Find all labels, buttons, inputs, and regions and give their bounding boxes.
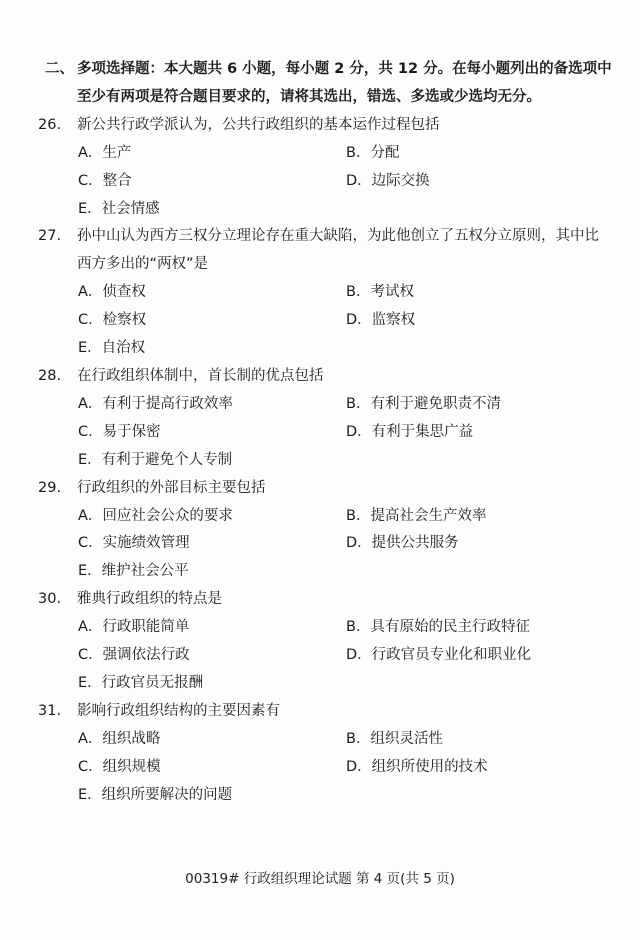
options-list: A．有利于提高行政效率 B．有利于避免职责不清 C．易于保密 D．有利于集思广益… <box>0 391 640 475</box>
option-b: B．组织灵活性 <box>346 726 640 754</box>
option-d: D．有利于集思广益 <box>346 419 640 447</box>
option-b: B．考试权 <box>346 279 640 307</box>
option-d: D．监察权 <box>346 307 640 335</box>
question-number: 29. <box>38 475 61 503</box>
options-list: A．侦查权 B．考试权 C．检察权 D．监察权 E．自治权 <box>0 279 640 363</box>
question-number: 27. <box>38 223 61 251</box>
option-b: B．具有原始的民主行政特征 <box>346 614 640 642</box>
option-b: B．分配 <box>346 140 640 168</box>
question-stem: 雅典行政组织的特点是 <box>77 591 222 607</box>
option-a: A．回应社会公众的要求 <box>78 503 346 531</box>
section-instructions: 多项选择题：本大题共 6 小题，每小题 2 分，共 12 分。在每小题列出的备选… <box>77 61 612 105</box>
question-stem-row: 26. 新公共行政学派认为，公共行政组织的基本运作过程包括 <box>0 112 640 140</box>
option-d: D．组织所使用的技术 <box>346 754 640 782</box>
question-stem: 影响行政组织结构的主要因素有 <box>77 703 280 719</box>
question-stem-row: 30. 雅典行政组织的特点是 <box>0 586 640 614</box>
option-e: E．自治权 <box>78 335 346 363</box>
option-a: A．行政职能简单 <box>78 614 346 642</box>
question-stem-row: 31. 影响行政组织结构的主要因素有 <box>0 698 640 726</box>
question-stem: 行政组织的外部目标主要包括 <box>77 480 266 496</box>
options-list: A．行政职能简单 B．具有原始的民主行政特征 C．强调依法行政 D．行政官员专业… <box>0 614 640 698</box>
question-number: 30. <box>38 586 61 614</box>
question-29: 29. 行政组织的外部目标主要包括 A．回应社会公众的要求 B．提高社会生产效率… <box>0 475 640 587</box>
question-30: 30. 雅典行政组织的特点是 A．行政职能简单 B．具有原始的民主行政特征 C．… <box>0 586 640 698</box>
option-e: E．行政官员无报酬 <box>78 670 346 698</box>
option-d: D．边际交换 <box>346 168 640 196</box>
option-c: C．整合 <box>78 168 346 196</box>
option-e: E．维护社会公平 <box>78 558 346 586</box>
option-a: A．侦查权 <box>78 279 346 307</box>
option-d: D．提供公共服务 <box>346 530 640 558</box>
option-e: E．社会情感 <box>78 196 346 224</box>
option-c: C．易于保密 <box>78 419 346 447</box>
option-e: E．组织所要解决的问题 <box>78 782 346 810</box>
option-c: C．组织规模 <box>78 754 346 782</box>
page-footer: 00319# 行政组织理论试题 第 4 页(共 5 页) <box>0 869 640 889</box>
question-stem-row: 29. 行政组织的外部目标主要包括 <box>0 475 640 503</box>
question-number: 31. <box>38 698 61 726</box>
question-stem: 在行政组织体制中，首长制的优点包括 <box>77 368 324 384</box>
question-28: 28. 在行政组织体制中，首长制的优点包括 A．有利于提高行政效率 B．有利于避… <box>0 363 640 475</box>
option-b: B．有利于避免职责不清 <box>346 391 640 419</box>
question-stem-row: 27. 孙中山认为西方三权分立理论存在重大缺陷，为此他创立了五权分立原则，其中比… <box>0 223 640 279</box>
section-header: 二、 多项选择题：本大题共 6 小题，每小题 2 分，共 12 分。在每小题列出… <box>0 56 640 112</box>
question-number: 26. <box>38 112 61 140</box>
question-27: 27. 孙中山认为西方三权分立理论存在重大缺陷，为此他创立了五权分立原则，其中比… <box>0 223 640 363</box>
question-26: 26. 新公共行政学派认为，公共行政组织的基本运作过程包括 A．生产 B．分配 … <box>0 112 640 224</box>
option-e: E．有利于避免个人专制 <box>78 447 346 475</box>
option-a: A．有利于提高行政效率 <box>78 391 346 419</box>
question-stem: 新公共行政学派认为，公共行政组织的基本运作过程包括 <box>77 117 440 133</box>
question-number: 28. <box>38 363 61 391</box>
option-c: C．实施绩效管理 <box>78 530 346 558</box>
option-a: A．组织战略 <box>78 726 346 754</box>
options-list: A．回应社会公众的要求 B．提高社会生产效率 C．实施绩效管理 D．提供公共服务… <box>0 503 640 587</box>
question-stem-row: 28. 在行政组织体制中，首长制的优点包括 <box>0 363 640 391</box>
section-number: 二、 <box>45 56 74 84</box>
option-c: C．强调依法行政 <box>78 642 346 670</box>
option-c: C．检察权 <box>78 307 346 335</box>
option-b: B．提高社会生产效率 <box>346 503 640 531</box>
exam-page: 二、 多项选择题：本大题共 6 小题，每小题 2 分，共 12 分。在每小题列出… <box>0 0 640 940</box>
option-a: A．生产 <box>78 140 346 168</box>
question-stem: 孙中山认为西方三权分立理论存在重大缺陷，为此他创立了五权分立原则，其中比 西方多… <box>77 228 599 272</box>
options-list: A．生产 B．分配 C．整合 D．边际交换 E．社会情感 <box>0 140 640 224</box>
options-list: A．组织战略 B．组织灵活性 C．组织规模 D．组织所使用的技术 E．组织所要解… <box>0 726 640 810</box>
option-d: D．行政官员专业化和职业化 <box>346 642 640 670</box>
question-31: 31. 影响行政组织结构的主要因素有 A．组织战略 B．组织灵活性 C．组织规模… <box>0 698 640 810</box>
